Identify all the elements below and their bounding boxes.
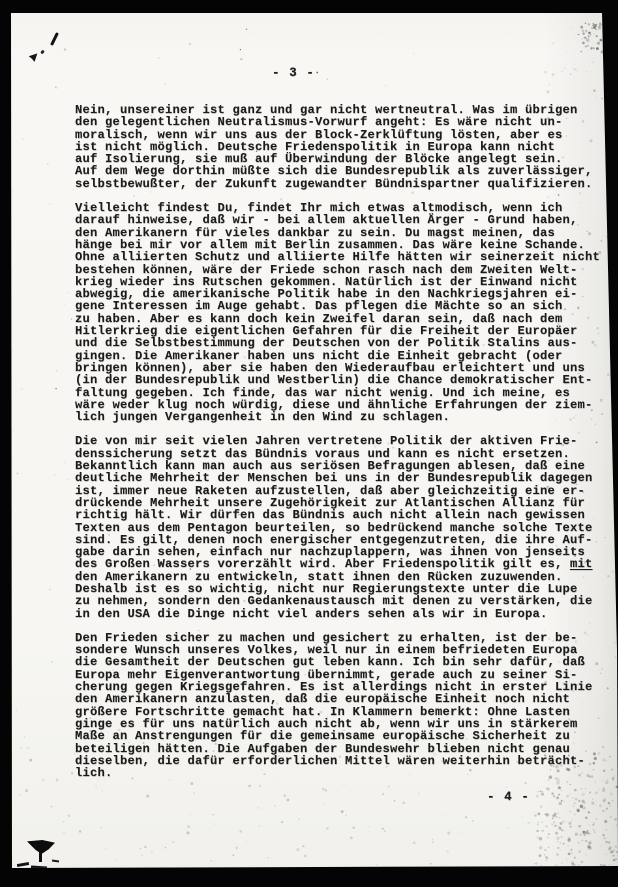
paragraph-3-before-underline: Die von mir seit vielen Jahren vertreten… — [75, 434, 592, 571]
scan-noise-layer — [0, 0, 1, 1]
photocopy-scan-frame: - 3 - Nein, unsereiner ist ganz und gar … — [0, 0, 618, 887]
ink-smudge-dash — [17, 862, 29, 867]
handwritten-tick-mark — [28, 53, 38, 62]
paragraph-3: Die von mir seit vielen Jahren vertreten… — [75, 435, 605, 619]
scan-noise-layer — [0, 0, 1, 1]
document-page: - 3 - Nein, unsereiner ist ganz und gar … — [0, 0, 618, 887]
paragraph-1: Nein, unsereiner ist ganz und gar nicht … — [75, 104, 605, 190]
paragraph-2: Vielleicht findest Du, findet Ihr mich e… — [75, 202, 605, 423]
underlined-word: mit — [570, 557, 593, 571]
scan-noise-layer — [0, 0, 1, 1]
ink-smudge-dash — [31, 865, 47, 869]
scan-noise-layer — [0, 0, 1, 1]
handwritten-dot-mark — [40, 50, 45, 55]
ink-blob-stem — [39, 852, 42, 862]
paragraph-3-after-underline: den Amerikanern zu entwickeln, statt ihn… — [75, 570, 592, 621]
page-number-bottom: - 4 - — [487, 790, 530, 804]
paragraph-4: Den Frieden sicher zu machen und gesiche… — [75, 632, 605, 780]
handwritten-slash-mark — [50, 32, 59, 46]
letter-body: Nein, unsereiner ist ganz und gar nicht … — [75, 104, 605, 779]
scan-noise-layer — [0, 0, 1, 1]
page-number-top: - 3 - — [272, 66, 315, 80]
ink-smudge-dash — [52, 860, 59, 863]
scan-noise-layer — [0, 0, 1, 1]
